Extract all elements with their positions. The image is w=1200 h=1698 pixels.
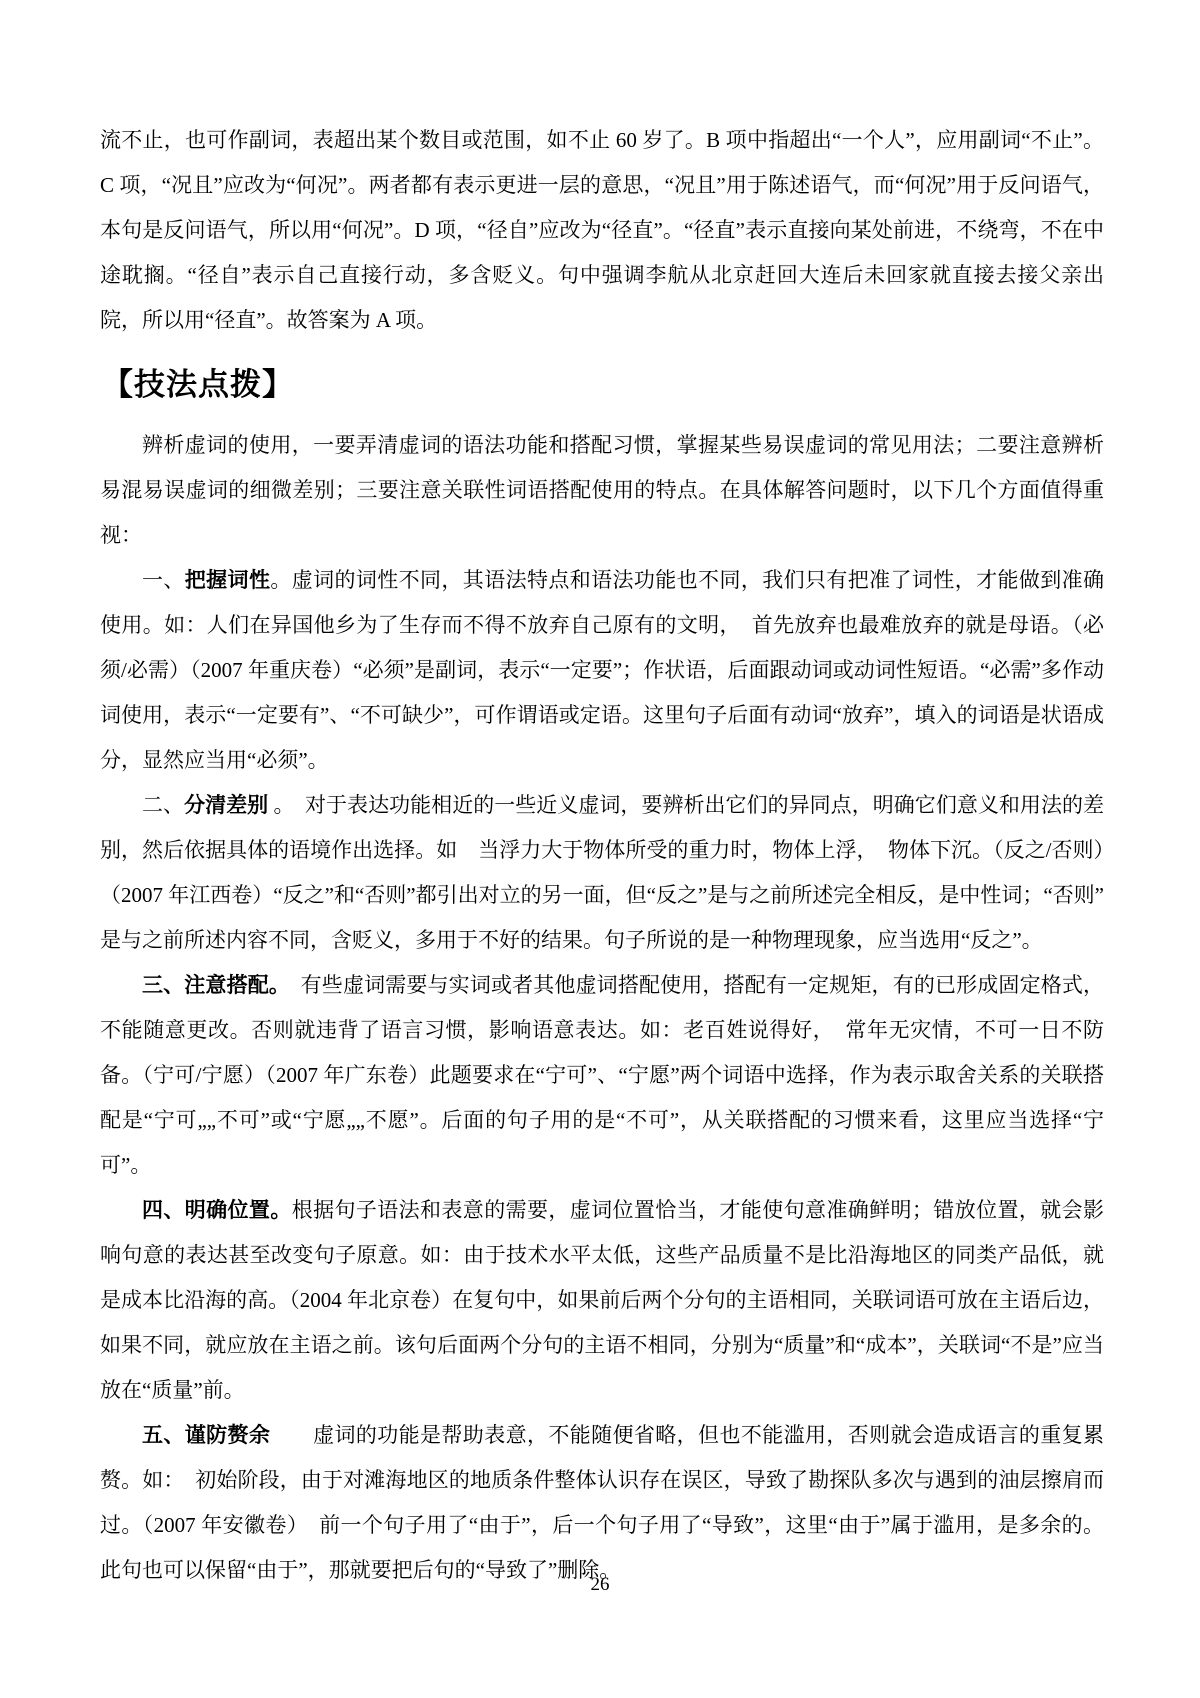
paragraph: 一、把握词性。虚词的词性不同，其语法特点和语法功能也不同，我们只有把准了词性，才… <box>100 558 1104 783</box>
paragraph: 五、谨防赘余 虚词的功能是帮助表意，不能随便省略，但也不能滥用，否则就会造成语言… <box>100 1413 1104 1593</box>
text-run: 分清差别 <box>184 793 268 817</box>
page-number: 26 <box>0 1572 1200 1598</box>
text-run: 根据句子语法和表意的需要，虚词位置恰当，才能使句意准确鲜明；错放位置，就会影响句… <box>100 1198 1104 1402</box>
text-run: 二、 <box>142 793 184 817</box>
text-run: 五、谨防赘余 <box>142 1423 270 1447</box>
paragraph: 二、分清差别 。 对于表达功能相近的一些近义虚词，要辨析出它们的异同点，明确它们… <box>100 783 1104 963</box>
text-run: 有些虚词需要与实词或者其他虚词搭配使用，搭配有一定规矩，有的已形成固定格式，不能… <box>100 973 1104 1177</box>
document-body: 流不止，也可作副词，表超出某个数目或范围，如不止 60 岁了。B 项中指超出“一… <box>100 118 1104 1593</box>
section-heading: 【技法点拨】 <box>102 359 1104 411</box>
text-run: 三、注意搭配。 <box>142 973 280 997</box>
text-run: 流不止，也可作副词，表超出某个数目或范围，如不止 60 岁了。B 项中指超出“一… <box>100 128 1104 332</box>
text-run: 辨析虚词的使用，一要弄清虚词的语法功能和搭配习惯，掌握某些易误虚词的常见用法；二… <box>100 433 1104 547</box>
paragraph: 四、明确位置。根据句子语法和表意的需要，虚词位置恰当，才能使句意准确鲜明；错放位… <box>100 1188 1104 1413</box>
paragraph: 辨析虚词的使用，一要弄清虚词的语法功能和搭配习惯，掌握某些易误虚词的常见用法；二… <box>100 423 1104 558</box>
paragraph: 三、注意搭配。 有些虚词需要与实词或者其他虚词搭配使用，搭配有一定规矩，有的已形… <box>100 963 1104 1188</box>
paragraph: 流不止，也可作副词，表超出某个数目或范围，如不止 60 岁了。B 项中指超出“一… <box>100 118 1104 343</box>
document-page: 流不止，也可作副词，表超出某个数目或范围，如不止 60 岁了。B 项中指超出“一… <box>0 0 1200 1698</box>
text-run: 一、 <box>142 568 185 592</box>
text-run: 。虚词的词性不同，其语法特点和语法功能也不同，我们只有把准了词性，才能做到准确使… <box>100 568 1104 772</box>
text-run: 四、明确位置。 <box>142 1198 292 1222</box>
text-run: 把握词性 <box>185 568 271 592</box>
